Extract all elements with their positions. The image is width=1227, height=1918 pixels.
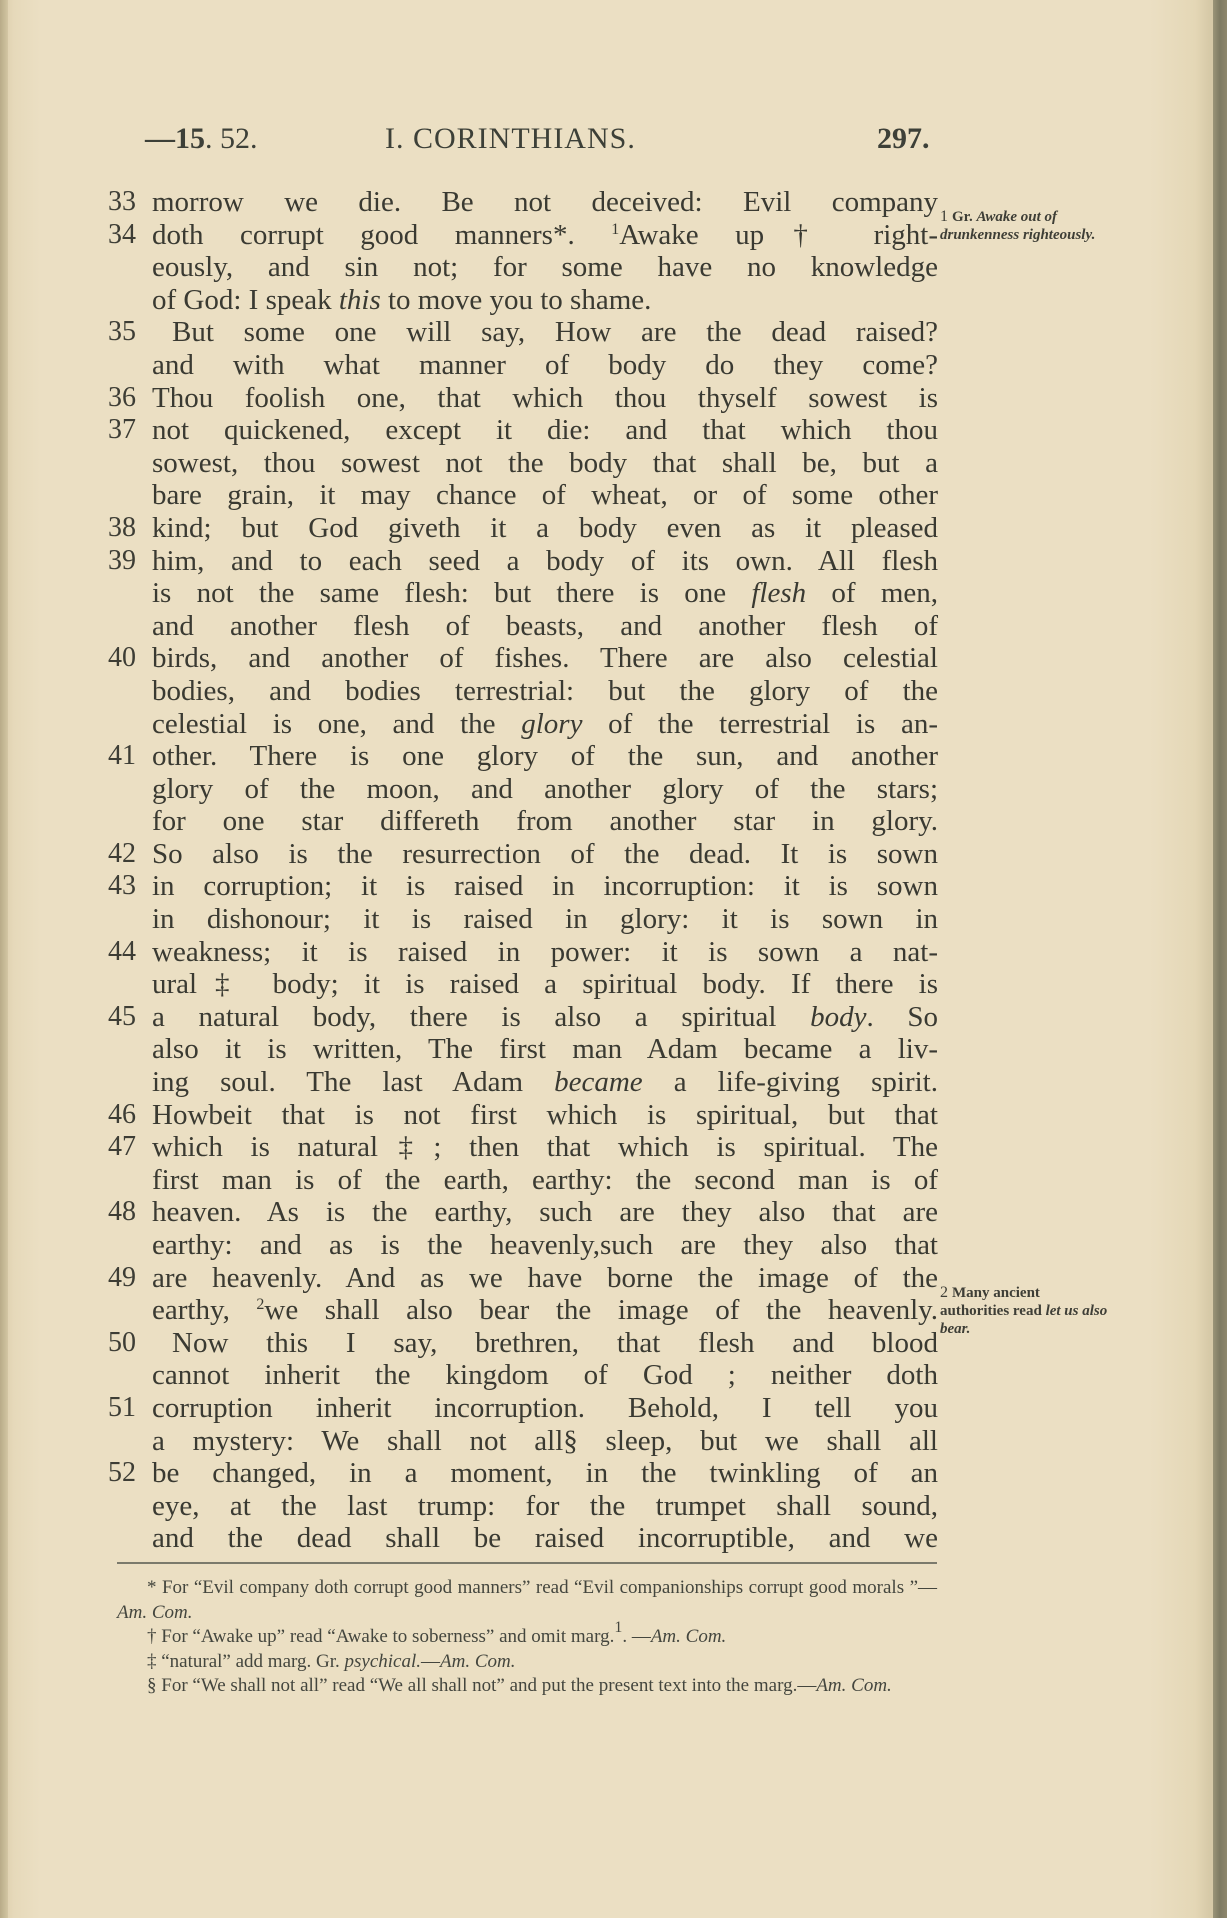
verse-text: also it is written, The first man Adam b… bbox=[152, 1033, 938, 1066]
verse-number: 33 bbox=[108, 186, 152, 219]
verse-number: 34 bbox=[108, 219, 152, 252]
verse-number: 52 bbox=[108, 1457, 152, 1490]
verse-text: earthy: and as is the heavenly,such are … bbox=[152, 1229, 938, 1262]
text-line: 36Thou foolish one, that which thou thys… bbox=[108, 382, 938, 415]
verse-text: cannot inherit the kingdom of God ; neit… bbox=[152, 1359, 938, 1392]
text-line: glory of the moon, and another glory of … bbox=[108, 773, 938, 806]
margin-note-text: Gr. Awake out of drunkenness righteously… bbox=[940, 209, 1095, 243]
verse-text: kind; but God giveth it a body even as i… bbox=[152, 512, 938, 545]
verse-text: eye, at the last trump: for the trumpet … bbox=[152, 1490, 938, 1523]
text-line: sowest, thou sowest not the body that sh… bbox=[108, 447, 938, 480]
verse-text: Thou foolish one, that which thou thysel… bbox=[152, 382, 938, 415]
page-bound-edge bbox=[1213, 0, 1227, 1918]
verse-number: 43 bbox=[108, 870, 152, 903]
verse-text: corruption inherit incorruption. Behold,… bbox=[152, 1392, 938, 1425]
footnote-marker: † bbox=[147, 1626, 161, 1647]
text-line: is not the same flesh: but there is one … bbox=[108, 577, 938, 610]
text-line: and another flesh of beasts, and another… bbox=[108, 610, 938, 643]
text-line: ural‡ body; it is raised a spiritual bod… bbox=[108, 968, 938, 1001]
text-line: 50Now this I say, brethren, that flesh a… bbox=[108, 1327, 938, 1360]
verse-text: and the dead shall be raised incorruptib… bbox=[152, 1522, 938, 1555]
verse-text: But some one will say, How are the dead … bbox=[152, 316, 938, 349]
text-line: 40birds, and another of fishes. There ar… bbox=[108, 642, 938, 675]
text-line: 52be changed, in a moment, in the twinkl… bbox=[108, 1457, 938, 1490]
verse-text: first man is of the earth, earthy: the s… bbox=[152, 1164, 938, 1197]
text-line: earthy, 2we shall also bear the image of… bbox=[108, 1294, 938, 1327]
verse-number: 42 bbox=[108, 838, 152, 871]
text-line: 45a natural body, there is also a spirit… bbox=[108, 1001, 938, 1034]
verse-number: 38 bbox=[108, 512, 152, 545]
verse-number: 48 bbox=[108, 1196, 152, 1229]
margin-note: 2Many ancient authorities read let us al… bbox=[940, 1284, 1110, 1338]
verse-text: in dishonour; it is raised in glory: it … bbox=[152, 903, 938, 936]
verse-text: which is natural‡; then that which is sp… bbox=[152, 1131, 938, 1164]
text-line: 38kind; but God giveth it a body even as… bbox=[108, 512, 938, 545]
verse-number: 36 bbox=[108, 382, 152, 415]
margin-note-number: 1 bbox=[940, 208, 948, 225]
page-number: 297. bbox=[877, 122, 930, 156]
text-line: 51corruption inherit incorruption. Behol… bbox=[108, 1392, 938, 1425]
footnote-marker: ‡ bbox=[147, 1651, 161, 1672]
verse-text: is not the same flesh: but there is one … bbox=[152, 577, 938, 610]
verse-text: for one star differeth from another star… bbox=[152, 805, 938, 838]
verse-text: bare grain, it may chance of wheat, or o… bbox=[152, 479, 938, 512]
verse-number: 39 bbox=[108, 545, 152, 578]
verse-text: sowest, thou sowest not the body that sh… bbox=[152, 447, 938, 480]
text-line: eously, and sin not; for some have no kn… bbox=[108, 251, 938, 284]
text-line: 48heaven. As is the earthy, such are the… bbox=[108, 1196, 938, 1229]
verse-number: 35 bbox=[108, 316, 152, 349]
verse-text: eously, and sin not; for some have no kn… bbox=[152, 251, 938, 284]
text-line: bodies, and bodies terrestrial: but the … bbox=[108, 675, 938, 708]
text-line: a mystery: We shall not all§ sleep, but … bbox=[108, 1425, 938, 1458]
page-gutter-shadow bbox=[0, 0, 8, 1918]
verse-number: 44 bbox=[108, 936, 152, 969]
footnote-text: For “Awake up” read “Awake to soberness”… bbox=[161, 1626, 726, 1647]
verse-text: celestial is one, and the glory of the t… bbox=[152, 708, 938, 741]
text-line: 33morrow we die. Be not deceived: Evil c… bbox=[108, 186, 938, 219]
text-line: 41other. There is one glory of the sun, … bbox=[108, 740, 938, 773]
text-line: 37not quickened, except it die: and that… bbox=[108, 414, 938, 447]
verse-text: not quickened, except it die: and that w… bbox=[152, 414, 938, 447]
chapter-verse-reference: —15. 52. bbox=[145, 122, 258, 156]
verse-text: ing soul. The last Adam became a life-gi… bbox=[152, 1066, 938, 1099]
verse-text: glory of the moon, and another glory of … bbox=[152, 773, 938, 806]
verse-text: him, and to each seed a body of its own.… bbox=[152, 545, 938, 578]
verse-text: So also is the resurrection of the dead.… bbox=[152, 838, 938, 871]
verse-text: bodies, and bodies terrestrial: but the … bbox=[152, 675, 938, 708]
verse-text: earthy, 2we shall also bear the image of… bbox=[152, 1294, 938, 1327]
verse-text: other. There is one glory of the sun, an… bbox=[152, 740, 938, 773]
footnote-text: For “Evil company doth corrupt good mann… bbox=[117, 1577, 937, 1623]
running-header: —15. 52. I. CORINTHIANS. 297. bbox=[145, 122, 935, 162]
verse-number: 49 bbox=[108, 1262, 152, 1295]
book-title: I. CORINTHIANS. bbox=[385, 122, 636, 156]
text-line: bare grain, it may chance of wheat, or o… bbox=[108, 479, 938, 512]
footnote: ‡ “natural” add marg. Gr. psychical.—Am.… bbox=[117, 1650, 937, 1675]
margin-note-number: 2 bbox=[940, 1284, 948, 1301]
text-line: 46Howbeit that is not first which is spi… bbox=[108, 1099, 938, 1132]
footnote-marker: * bbox=[147, 1577, 162, 1598]
verse-number: 45 bbox=[108, 1001, 152, 1034]
verse-number: 40 bbox=[108, 642, 152, 675]
verse-text: and another flesh of beasts, and another… bbox=[152, 610, 938, 643]
footnotes: * For “Evil company doth corrupt good ma… bbox=[117, 1576, 937, 1699]
scripture-text: 33morrow we die. Be not deceived: Evil c… bbox=[108, 186, 938, 1555]
verse-number: 50 bbox=[108, 1327, 152, 1360]
chapter-reference: —15 bbox=[145, 122, 205, 155]
text-line: 34doth corrupt good manners*. 1Awake up†… bbox=[108, 219, 938, 252]
text-line: and the dead shall be raised incorruptib… bbox=[108, 1522, 938, 1555]
book-page: —15. 52. I. CORINTHIANS. 297. 33morrow w… bbox=[0, 0, 1227, 1918]
verse-number: 46 bbox=[108, 1099, 152, 1132]
verse-text: birds, and another of fishes. There are … bbox=[152, 642, 938, 675]
verse-reference: . 52. bbox=[205, 122, 258, 155]
text-line: and with what manner of body do they com… bbox=[108, 349, 938, 382]
text-line: in dishonour; it is raised in glory: it … bbox=[108, 903, 938, 936]
text-line: eye, at the last trump: for the trumpet … bbox=[108, 1490, 938, 1523]
footnote: † For “Awake up” read “Awake to sobernes… bbox=[117, 1625, 937, 1650]
text-line: first man is of the earth, earthy: the s… bbox=[108, 1164, 938, 1197]
text-line: 49are heavenly. And as we have borne the… bbox=[108, 1262, 938, 1295]
verse-number: 41 bbox=[108, 740, 152, 773]
text-line: celestial is one, and the glory of the t… bbox=[108, 708, 938, 741]
text-line: cannot inherit the kingdom of God ; neit… bbox=[108, 1359, 938, 1392]
text-line: 47which is natural‡; then that which is … bbox=[108, 1131, 938, 1164]
margin-note-text: Many ancient authorities read let us als… bbox=[940, 1285, 1107, 1337]
verse-text: Howbeit that is not first which is spiri… bbox=[152, 1099, 938, 1132]
verse-text: a natural body, there is also a spiritua… bbox=[152, 1001, 938, 1034]
verse-number: 37 bbox=[108, 414, 152, 447]
text-line: earthy: and as is the heavenly,such are … bbox=[108, 1229, 938, 1262]
text-line: of God: I speak this to move you to sham… bbox=[108, 284, 938, 317]
verse-text: be changed, in a moment, in the twinklin… bbox=[152, 1457, 938, 1490]
verse-number: 51 bbox=[108, 1392, 152, 1425]
verse-text: ural‡ body; it is raised a spiritual bod… bbox=[152, 968, 938, 1001]
verse-text: in corruption; it is raised in incorrupt… bbox=[152, 870, 938, 903]
margin-note: 1Gr. Awake out of drunkenness righteousl… bbox=[940, 208, 1110, 244]
text-line: 42So also is the resurrection of the dea… bbox=[108, 838, 938, 871]
text-line: 43in corruption; it is raised in incorru… bbox=[108, 870, 938, 903]
footnote-divider bbox=[117, 1562, 937, 1564]
footnote: * For “Evil company doth corrupt good ma… bbox=[117, 1576, 937, 1625]
verse-text: doth corrupt good manners*. 1Awake up† r… bbox=[152, 219, 938, 252]
footnote: § For “We shall not all” read “We all sh… bbox=[117, 1674, 937, 1699]
verse-number: 47 bbox=[108, 1131, 152, 1164]
text-line: also it is written, The first man Adam b… bbox=[108, 1033, 938, 1066]
verse-text: of God: I speak this to move you to sham… bbox=[152, 284, 938, 317]
footnote-marker: § bbox=[147, 1675, 161, 1696]
verse-text: and with what manner of body do they com… bbox=[152, 349, 938, 382]
verse-text: are heavenly. And as we have borne the i… bbox=[152, 1262, 938, 1295]
verse-text: a mystery: We shall not all§ sleep, but … bbox=[152, 1425, 938, 1458]
text-line: 44weakness; it is raised in power: it is… bbox=[108, 936, 938, 969]
footnote-text: “natural” add marg. Gr. psychical.—Am. C… bbox=[161, 1651, 515, 1672]
text-line: for one star differeth from another star… bbox=[108, 805, 938, 838]
text-line: 39him, and to each seed a body of its ow… bbox=[108, 545, 938, 578]
verse-text: Now this I say, brethren, that flesh and… bbox=[152, 1327, 938, 1360]
text-line: 35But some one will say, How are the dea… bbox=[108, 316, 938, 349]
verse-text: heaven. As is the earthy, such are they … bbox=[152, 1196, 938, 1229]
text-line: ing soul. The last Adam became a life-gi… bbox=[108, 1066, 938, 1099]
verse-text: morrow we die. Be not deceived: Evil com… bbox=[152, 186, 938, 219]
footnote-text: For “We shall not all” read “We all shal… bbox=[161, 1675, 892, 1696]
verse-text: weakness; it is raised in power: it is s… bbox=[152, 936, 938, 969]
